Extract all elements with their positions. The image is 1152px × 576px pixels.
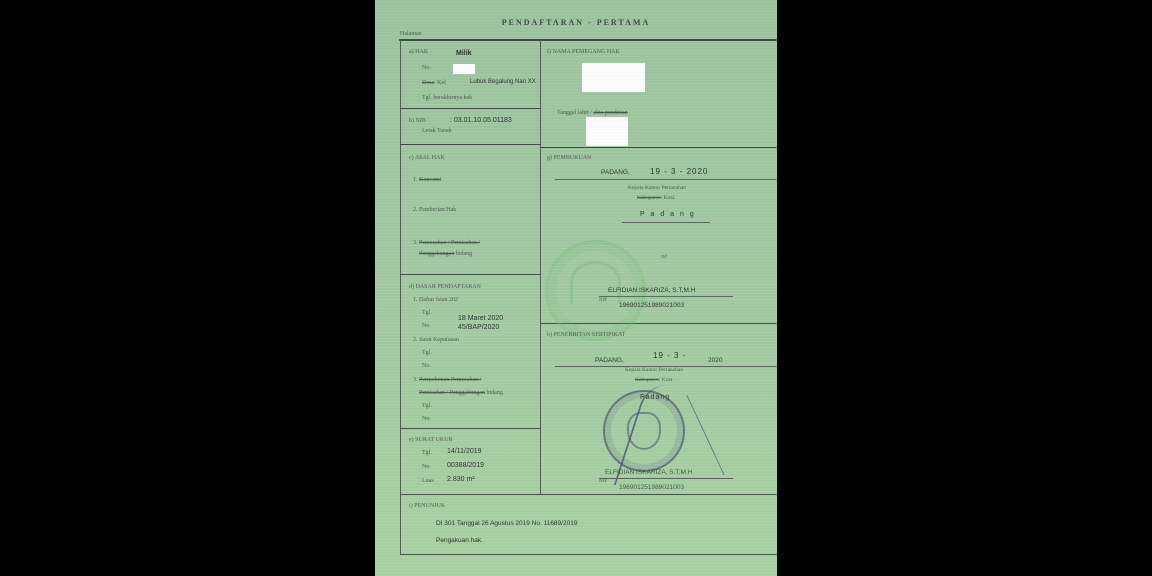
daftar-isian-no-value: 45/BAP/2020	[458, 324, 499, 331]
penunjuk-line-2: Pengakuan hak.	[436, 537, 483, 544]
penerbitan-place: PADANG,	[595, 357, 624, 364]
left-border	[400, 40, 401, 555]
column-divider	[540, 40, 541, 494]
penerbitan-year: 2020	[708, 357, 722, 364]
land-certificate-page: PENDAFTARAN - PERTAMA Halaman a) HAK Mil…	[375, 0, 777, 576]
pembukuan-city: P a d a n g	[640, 211, 696, 218]
pembukuan-nip-value: 196901251989021003	[619, 302, 684, 309]
pembukuan-ttd: ttd	[661, 254, 667, 260]
dasar-pendaftaran-label: d) DASAR PENDAFTARAN	[409, 284, 481, 290]
penerbitan-nip-label: NIP	[599, 479, 607, 484]
halaman-label: Halaman	[400, 31, 422, 37]
asal-hak-item-3-cont: Penggabungan bidang	[419, 251, 472, 257]
redacted-hak-number	[453, 64, 475, 74]
asal-hak-label: c) ASAL HAK	[409, 155, 445, 161]
top-border	[399, 39, 777, 41]
daftar-isian-tgl-value: 18 Maret 2020	[458, 315, 503, 322]
luas-label: Luas	[422, 478, 434, 484]
penerbitan-official-name: ELFIDIAN ISKARIZA, S.T,M.H	[605, 469, 692, 476]
redacted-birth-date	[586, 117, 628, 146]
permohonan-tgl: Tgl.	[422, 403, 432, 409]
pembukuan-date-underline	[555, 179, 777, 180]
asal-hak-item-3: 3. Pemecahan / Pemisahan /	[413, 240, 480, 246]
daftar-isian-tgl-label: Tgl.	[422, 310, 432, 316]
nib-label: b) NIB	[409, 118, 426, 124]
pembukuan-name-underline	[599, 296, 733, 297]
nib-value: : 03.01.10.05.01183	[450, 117, 512, 124]
bottom-border	[400, 554, 777, 555]
surat-ukur-tgl-label: Tgl.	[422, 450, 432, 456]
penerbitan-nip-value: 196901251989021003	[619, 484, 684, 491]
desa-kel-label: Desa/ Kel	[422, 80, 446, 86]
pembukuan-office-type: Kabupaten/ Kota	[637, 195, 674, 201]
penerbitan-name-underline	[599, 478, 733, 479]
penerbitan-sertipikat-label: h) PENERBITAN SERTIPIKAT	[547, 332, 625, 338]
daftar-isian-label: 1. Daftar Isian 202	[413, 297, 458, 303]
pembukuan-office: Kepala Kantor Pertanahan	[628, 185, 686, 191]
surat-keputusan-no: No.	[422, 363, 431, 369]
pembukuan-official-name: ELFIDIAN ISKARIZA, S.T,M.H	[608, 287, 695, 294]
hak-value: Milik	[456, 50, 472, 57]
pembukuan-place: PADANG,	[601, 169, 630, 176]
surat-keputusan-label: 2. Surat Keputusan	[413, 337, 459, 343]
divider-a-b	[400, 108, 540, 109]
daftar-isian-no-label: No.	[422, 323, 431, 329]
nama-pemegang-hak-label: f) NAMA PEMEGANG HAK	[547, 49, 620, 55]
divider-b-c	[400, 144, 540, 145]
pembukuan-nip-label: NIP	[599, 298, 607, 303]
hak-no-label: No.	[422, 65, 431, 71]
tgl-berakhir-label: Tgl. berakhirnya hak	[422, 95, 472, 101]
divider-d-e	[400, 428, 540, 429]
penunjuk-line-1: DI 301 Tanggal 26 Agustus 2019 No. 11689…	[436, 520, 577, 527]
surat-ukur-label: e) SURAT UKUR	[409, 437, 453, 443]
penerbitan-office: Kepala Kantor Pertanahan	[625, 367, 683, 373]
pembukuan-city-underline	[622, 222, 710, 223]
tanggal-lahir-label: Tanggal lahir / akta pendirian	[557, 110, 628, 116]
divider-e-i	[400, 494, 777, 495]
luas-value: 2.830 m²	[447, 476, 475, 483]
divider-c-d	[400, 274, 540, 275]
hak-label: a) HAK	[409, 49, 428, 55]
divider-f-g	[540, 147, 777, 148]
document-title: PENDAFTARAN - PERTAMA	[375, 18, 777, 27]
redacted-holder-name	[582, 63, 645, 92]
surat-ukur-tgl-value: 14/11/2019	[447, 448, 482, 455]
pembukuan-label: g) PEMBUKUAN	[547, 155, 592, 161]
letak-tanah-label: Letak Tanah	[422, 128, 452, 134]
surat-keputusan-tgl: Tgl.	[422, 350, 432, 356]
surat-ukur-no-label: No.	[422, 464, 431, 470]
permohonan-label: 3. Permohonan Pemecahan /	[413, 377, 481, 383]
penerbitan-office-type: Kabupaten/ Kota	[635, 377, 672, 383]
permohonan-no: No.	[422, 416, 431, 422]
surat-ukur-no-value: 00388/2019	[447, 462, 484, 469]
penerbitan-date: 19 - 3 -	[653, 351, 686, 360]
pembukuan-date: 19 - 3 - 2020	[650, 167, 708, 176]
permohonan-label-cont: Pemisahan / Penggabungan bidang	[419, 390, 503, 396]
penunjuk-label: i) PENUNJUK	[409, 503, 445, 509]
asal-hak-item-2: 2. Pemberian Hak	[413, 207, 456, 213]
desa-kel-value: Lubuk Begalung Nan XX	[470, 79, 536, 85]
asal-hak-item-1: 1. Konversi	[413, 177, 441, 183]
